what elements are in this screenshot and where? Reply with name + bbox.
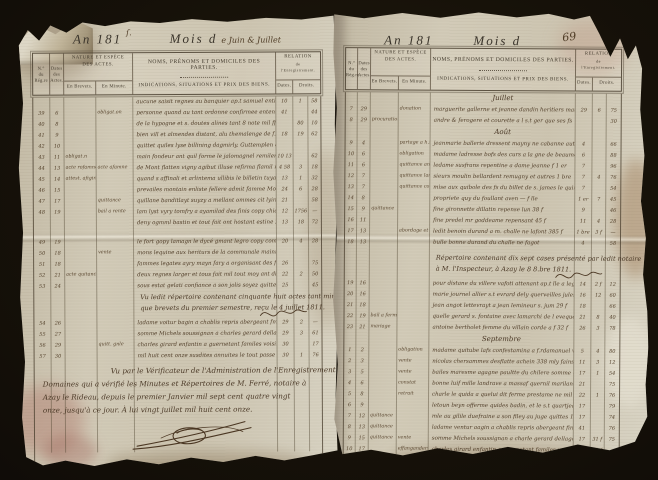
row-cell: 25: [277, 280, 294, 291]
registration-date: 17: [574, 369, 590, 379]
row-cell: [65, 329, 97, 340]
header-label: l'Enregistrement.: [277, 67, 319, 74]
row-cell: 10: [276, 96, 293, 107]
row-cell: 41: [33, 131, 50, 142]
register-number: 6: [344, 400, 355, 410]
row-cell: [309, 291, 321, 317]
duty-francs: 31 f: [591, 435, 604, 445]
row-cell: bien vill et almendes distant, alu thema…: [133, 129, 276, 141]
row-cell: 17: [345, 226, 357, 237]
row-cell: 74: [605, 413, 619, 424]
row-cell: 54: [606, 184, 620, 195]
registration-date: 21: [277, 195, 293, 205]
duty-centimes: 75: [605, 435, 619, 445]
header-label-indications: INDICATIONS, SITUATIONS ET PRIX DES BIEN…: [134, 82, 274, 89]
row-cell: [65, 248, 97, 259]
duty-centimes: 28: [309, 184, 321, 194]
row-cell: 24: [51, 282, 65, 293]
row-cell: 2: [294, 269, 309, 280]
registration-date: 18: [575, 302, 591, 312]
row-cell: [369, 356, 397, 367]
table-body: aucune saisit regnes au banquier ap.t sa…: [32, 96, 323, 466]
act-date: 9: [357, 204, 369, 214]
row-cell: [52, 363, 66, 417]
row-cell: 4: [592, 173, 606, 184]
entry-text: andre & ferogere et courette a l s.t ger…: [431, 116, 575, 127]
registration-date: 10 13: [277, 151, 293, 161]
row-cell: [65, 185, 97, 196]
entry-text: le fort gopy lamagn le dycé gmant legro …: [134, 236, 276, 247]
row-cell: 7: [575, 162, 592, 173]
row-cell: 10 13: [277, 151, 294, 162]
entry-text: deny ogmml bastin et tout fait ont hosta…: [134, 217, 276, 228]
row-cell: [430, 253, 575, 280]
register-row: [35, 361, 322, 417]
header-label-noms: NOMS, PRÉNOMS ET DOMICILES DES PARTIES.: [134, 58, 274, 72]
row-cell: [591, 380, 605, 391]
registration-date: 24: [277, 184, 293, 194]
row-cell: [605, 446, 619, 457]
row-cell: [398, 252, 430, 278]
row-cell: [370, 215, 398, 226]
row-cell: 19: [345, 278, 357, 289]
entry-text: jeanmarie ballerie dressent mayny ne cab…: [431, 139, 575, 150]
row-cell: 26: [51, 319, 65, 330]
duty-francs: 1756: [294, 206, 308, 216]
registration-date: 22: [574, 391, 590, 401]
duty-centimes: 40: [605, 313, 619, 323]
row-cell: [97, 152, 134, 163]
row-cell: 45: [606, 195, 620, 206]
row-cell: 50: [34, 249, 51, 260]
act-date: 8: [357, 193, 369, 203]
signature-paraph: [131, 416, 257, 451]
header-col-brevets: En Brevets.: [64, 81, 96, 94]
row-cell: 26: [277, 258, 294, 269]
registration-date: 13: [277, 217, 293, 227]
row-cell: 17: [51, 197, 65, 208]
row-cell: effangandertet: [397, 444, 429, 455]
row-cell: bailes maresme agagne paultte du chilere…: [429, 368, 574, 380]
row-cell: 12: [592, 291, 606, 302]
row-cell: —: [309, 317, 321, 328]
row-cell: [276, 118, 293, 129]
duty-centimes: 79: [605, 402, 619, 412]
row-cell: somme Michels soussignan a charle gerard…: [429, 434, 574, 446]
register-number: 10: [344, 444, 355, 454]
register-number: 12: [345, 171, 356, 181]
register-number: 14: [345, 193, 356, 203]
row-cell: 27: [51, 330, 65, 341]
row-cell: [34, 230, 51, 238]
row-cell: 18: [51, 260, 65, 271]
row-cell: 21: [574, 380, 591, 391]
register-number: 1: [344, 345, 355, 355]
row-cell: [576, 128, 593, 140]
row-cell: 75: [309, 258, 321, 269]
row-cell: quitt. gnle: [98, 340, 135, 351]
row-cell: quittance annuelle: [398, 160, 430, 171]
row-cell: obligation: [398, 149, 430, 160]
nature-minute: obligation: [397, 345, 428, 355]
row-cell: 44: [308, 107, 320, 118]
row-cell: [277, 228, 294, 236]
duty-francs: 2: [294, 269, 308, 279]
act-date: 17: [356, 444, 368, 454]
row-cell: 30: [278, 350, 295, 361]
row-cell: [605, 335, 619, 347]
registration-date: 30: [278, 350, 294, 360]
row-cell: vente: [397, 433, 429, 444]
entry-text: madame ladresse bofs des curs a la gne d…: [430, 150, 574, 161]
register-number: 17: [345, 226, 356, 236]
entry-text: letoun beyn offerme quides badin, et le …: [429, 401, 573, 412]
page-number-ink: 69: [561, 30, 577, 45]
entry-text: fine gironnette dillatin repense lun 38 …: [430, 205, 574, 216]
row-cell: 12: [605, 358, 619, 369]
row-cell: [592, 239, 606, 250]
entry-text: de Mont flatten vigny agibut illuse refi…: [134, 162, 276, 173]
registration-date: 9: [575, 206, 591, 216]
row-cell: 6: [575, 151, 592, 162]
row-cell: [34, 219, 51, 230]
row-cell: [65, 196, 97, 207]
row-cell: [592, 302, 606, 313]
row-cell: madame ladresse bofs des curs a la gne d…: [430, 150, 575, 162]
row-cell: jeanmarie ballerie dressent mayny ne cab…: [431, 139, 576, 151]
register-number: 21: [345, 300, 356, 310]
registration-date: 18: [276, 129, 292, 139]
archival-register-scan: An 181 ſ. Mois d e Juin & Juillet N.°duR…: [0, 0, 658, 480]
duty-centimes: 76: [310, 350, 322, 360]
row-cell: vente: [397, 367, 429, 378]
duty-centimes: 28: [309, 236, 321, 246]
nature-minute: vente: [397, 433, 428, 443]
row-cell: [97, 329, 134, 340]
row-cell: 19: [356, 311, 369, 322]
row-cell: [97, 185, 134, 196]
registration-date: 30: [278, 339, 294, 349]
header-label: NATURE ET ESPÈCE: [372, 50, 429, 57]
row-cell: 13: [357, 226, 370, 237]
duty-centimes: 32: [309, 173, 321, 183]
nature-minute: quittance colandier: [398, 182, 429, 192]
row-cell: [399, 126, 431, 138]
row-cell: 58: [606, 239, 620, 250]
row-cell: mons lequine aux heriturs de la communal…: [134, 247, 277, 259]
act-date: 24: [51, 282, 64, 292]
entry-text: pour distane du villere vafoti attenant …: [430, 279, 574, 290]
act-date: 7: [357, 171, 369, 181]
row-cell: marguerite gallerne et jeanne dandin her…: [431, 105, 576, 117]
row-cell: [97, 259, 134, 270]
header-label: DES ACTES.: [65, 62, 131, 69]
registration-date: 1 bre: [575, 228, 591, 238]
row-cell: [310, 361, 322, 415]
row-cell: [344, 333, 356, 345]
duty-centimes: —: [606, 228, 620, 238]
row-cell: 6: [50, 109, 64, 120]
duty-francs: 4: [591, 347, 604, 357]
row-cell: 6: [344, 400, 356, 411]
duty-centimes: 76: [605, 424, 619, 434]
row-cell: [278, 415, 295, 451]
row-cell: 16: [345, 215, 357, 226]
row-cell: 23: [344, 322, 356, 333]
act-date: 29: [52, 341, 65, 351]
row-cell: constat: [397, 378, 429, 389]
header-label: Rég.re: [33, 78, 49, 83]
row-cell: 79: [605, 402, 619, 413]
row-cell: mise aux quibole des fs du billet de s. …: [430, 183, 575, 195]
row-cell: 22: [574, 391, 591, 402]
act-date: 18: [51, 260, 64, 270]
row-cell: 3: [591, 324, 605, 335]
duty-centimes: 58: [308, 96, 320, 106]
row-cell: 20: [345, 289, 357, 300]
row-cell: quittance: [369, 433, 397, 444]
row-cell: 8: [357, 193, 370, 204]
row-cell: fine predel mr goddeame repensant 45 f: [430, 216, 575, 228]
registration-date: 17: [574, 402, 590, 412]
registration-date: 12: [277, 206, 293, 216]
duty-francs: 3: [294, 162, 308, 172]
duty-francs: 8: [591, 313, 604, 323]
row-cell: [591, 424, 605, 435]
row-cell: [134, 291, 277, 318]
row-cell: 29: [52, 341, 66, 352]
header-col-minute: En Minute.: [399, 76, 430, 89]
row-cell: acte rofamne: [65, 163, 97, 174]
header-label-indications: INDICATIONS, SITUATIONS ET PRIX DES BIEN…: [432, 77, 574, 84]
header-label: des: [358, 66, 370, 71]
entry-text: mise aux quibole des fs du billet de s. …: [430, 183, 574, 194]
registration-date: 11: [574, 446, 590, 456]
duty-centimes: 45: [606, 195, 620, 205]
row-cell: 32: [309, 173, 321, 184]
row-cell: charles girard enfantin a guernetant fam…: [429, 445, 574, 457]
row-cell: [51, 219, 65, 230]
nature-minute: obligat.on: [96, 108, 132, 118]
register-row: 1017effangandertetcharles girard enfanti…: [344, 444, 619, 457]
row-cell: [35, 363, 52, 417]
register-number: 7: [344, 411, 355, 421]
row-cell: 11: [575, 217, 592, 228]
row-cell: 18: [575, 302, 592, 313]
stain: [390, 447, 610, 474]
row-cell: 17: [356, 444, 369, 455]
header-label: Actes.: [50, 78, 63, 83]
row-cell: [66, 362, 98, 416]
row-cell: 21: [345, 300, 357, 311]
register-number: 3: [344, 367, 355, 377]
entry-text: marguerite gallerne et jeanne dandin her…: [431, 105, 575, 116]
register-number: 56: [35, 341, 51, 351]
row-cell: 13: [277, 173, 294, 184]
duty-centimes: —: [309, 206, 321, 216]
month-heading: Septembre: [429, 334, 573, 346]
row-cell: [294, 247, 309, 258]
register-row: [345, 252, 620, 280]
entry-text: somme Michels soussignan a charles gerar…: [134, 328, 276, 339]
row-cell: [592, 151, 606, 162]
act-date: 26: [51, 319, 64, 329]
row-cell: [370, 149, 398, 160]
entry-text: personne quand au tant ordonne confirmee…: [133, 107, 275, 118]
row-cell: [97, 218, 134, 229]
row-cell: 9: [50, 131, 64, 142]
row-cell: 19: [51, 208, 65, 219]
row-cell: [277, 291, 294, 317]
act-date: 14: [51, 175, 64, 185]
registration-date: 7: [575, 162, 591, 172]
row-cell: 3: [294, 162, 309, 173]
duty-centimes: 74: [605, 413, 619, 423]
nature-brevet: bail a ferme: [369, 311, 396, 321]
act-date: 8: [50, 120, 63, 130]
row-cell: [295, 361, 310, 415]
row-cell: 51: [34, 260, 51, 271]
row-cell: donation: [399, 104, 431, 115]
row-cell: 7: [357, 171, 370, 182]
row-cell: 5: [344, 389, 356, 400]
duty-centimes: 58: [606, 239, 620, 249]
row-cell: 54: [34, 319, 51, 330]
duty-francs: 4: [592, 173, 605, 183]
row-cell: bail a ferme: [369, 311, 397, 322]
act-date: 10: [50, 142, 63, 152]
act-date: 9: [50, 131, 63, 141]
row-cell: [346, 92, 358, 104]
register-number: 7: [346, 104, 357, 114]
registration-date: 11: [574, 358, 590, 368]
registration-date: 29: [277, 328, 293, 338]
row-cell: 10: [308, 118, 320, 129]
nature-minute: effangandertet: [397, 444, 428, 454]
register-number: 39: [33, 109, 49, 119]
row-cell: quittance: [370, 204, 398, 215]
row-cell: 14: [345, 193, 357, 204]
entry-text: ledit benoin durand a m. challe ne lafon…: [430, 227, 574, 238]
registration-date: 4: [575, 239, 591, 249]
row-cell: [358, 126, 371, 138]
duty-centimes: 17: [310, 339, 322, 349]
row-cell: [592, 206, 606, 217]
row-cell: [51, 230, 65, 238]
nature-minute: quitt. gnle: [98, 340, 134, 350]
registration-date: 16: [575, 291, 591, 301]
entry-text: marie journel allier s.t evrard dely que…: [430, 290, 574, 301]
row-cell: [97, 292, 134, 318]
row-cell: 13: [345, 182, 357, 193]
row-cell: 57: [35, 352, 52, 363]
row-cell: [398, 204, 430, 215]
row-cell: 18: [345, 237, 357, 248]
duty-francs: 1: [293, 96, 307, 106]
row-cell: [293, 107, 308, 118]
act-date: 9: [356, 400, 368, 410]
register-number: 15: [345, 204, 356, 214]
act-date: 12: [356, 411, 368, 421]
row-cell: aucune saisit regnes au banquier ap.t sa…: [133, 96, 276, 108]
row-cell: acte afamne: [97, 163, 134, 174]
row-cell: [592, 184, 606, 195]
row-cell: 75: [605, 380, 619, 391]
duty-centimes: 76: [606, 173, 620, 183]
act-date: 3: [356, 356, 368, 366]
duty-centimes: 66: [606, 302, 620, 312]
row-cell: [278, 361, 295, 415]
duty-centimes: 76: [605, 391, 619, 401]
row-cell: [65, 229, 97, 237]
row-cell: [593, 94, 607, 106]
row-cell: de la hypogne et s. doutes alines tant 8…: [133, 118, 276, 130]
registration-date: 29: [576, 106, 592, 116]
row-cell: [370, 226, 398, 237]
nature-brevet: quittance: [369, 433, 396, 443]
row-cell: [34, 293, 51, 319]
act-date: 16: [357, 278, 369, 288]
row-cell: [397, 322, 429, 333]
row-cell: [370, 160, 398, 171]
row-cell: [399, 92, 431, 104]
duty-centimes: 58: [309, 195, 321, 205]
row-cell: 11: [51, 153, 65, 164]
row-cell: [369, 378, 397, 389]
register-number: 22: [344, 311, 355, 321]
row-cell: [591, 413, 605, 424]
header-label: des: [50, 72, 63, 77]
entry-text: ladame voitur bagin a chablis repris abe…: [134, 317, 276, 328]
register-number: 19: [345, 278, 356, 288]
duty-centimes: 10: [308, 118, 320, 128]
month-heading: Août: [431, 127, 575, 139]
row-cell: 17: [574, 435, 591, 446]
row-cell: [397, 333, 429, 345]
act-date: 6: [50, 109, 63, 119]
nature-minute: obligation: [398, 149, 429, 159]
row-cell: 10: [345, 149, 357, 160]
row-cell: 6: [356, 378, 369, 389]
row-cell: quelle gerard s. fontaine avec lamarchi …: [429, 312, 574, 324]
row-cell: [398, 215, 430, 226]
act-date: 11: [51, 153, 64, 163]
row-cell: [66, 340, 98, 351]
registration-date: 29: [277, 317, 293, 327]
registration-date: 11: [575, 217, 591, 227]
row-cell: [370, 193, 398, 204]
row-cell: bonne luif mille landrave a massaf quern…: [429, 379, 574, 391]
row-cell: 45: [309, 280, 321, 291]
row-cell: 1: [294, 173, 309, 184]
nature-minute: abordage et ble den loty: [398, 226, 429, 236]
row-cell: main fondeur ant quil forme le jalomagne…: [134, 151, 277, 163]
row-cell: [295, 415, 310, 451]
row-cell: 8: [356, 389, 369, 400]
left-paper-sheet: An 181 ſ. Mois d e Juin & Juillet N.°duR…: [15, 9, 339, 473]
row-cell: [399, 115, 431, 126]
row-cell: [97, 174, 134, 185]
duty-francs: 6: [294, 184, 308, 194]
table-body: Juillet729donationmarguerite gallerne et…: [343, 92, 622, 466]
registration-date: 10: [276, 96, 292, 106]
act-date: 7: [357, 182, 369, 192]
row-cell: 6: [357, 149, 370, 160]
act-date: 11: [357, 215, 369, 225]
row-cell: [591, 402, 605, 413]
header-group-names: NOMS, PRÉNOMS ET DOMICILES DES PARTIES.I…: [431, 49, 576, 91]
row-cell: [52, 417, 66, 453]
